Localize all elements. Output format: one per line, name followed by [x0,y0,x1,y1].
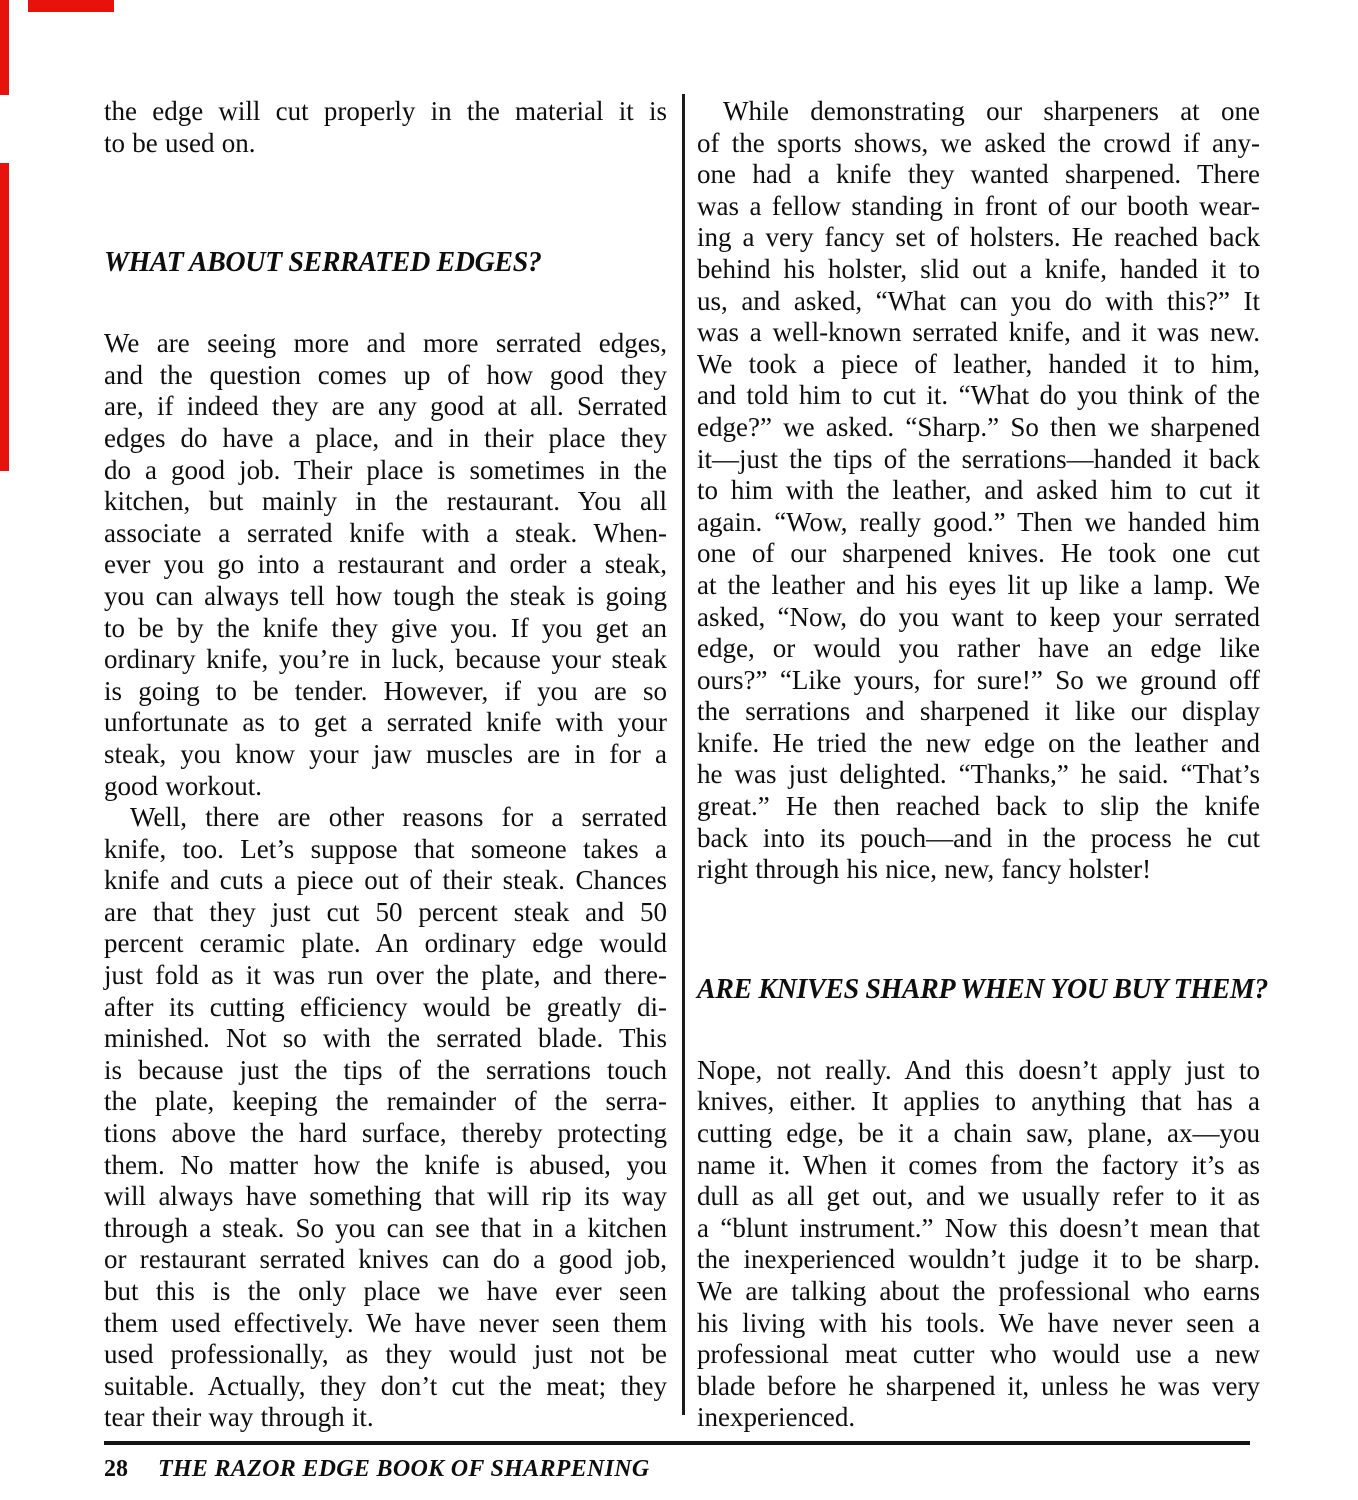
text-line: is going to be tender. However, if you a… [104,676,667,708]
section-heading: WHAT ABOUT SERRATED EDGES? [104,246,667,280]
text-line: are, if indeed they are any good at all.… [104,391,667,423]
text-line: and the question comes up of how good th… [104,360,667,392]
text-line: name it. When it comes from the factory … [697,1150,1260,1182]
text-line: he was just delighted. “Thanks,” he said… [697,759,1260,791]
text-line: at the leather and his eyes lit up like … [697,570,1260,602]
paragraph: Well, there are other reasons for a serr… [104,802,667,1434]
text-line: the edge will cut properly in the materi… [104,96,667,128]
text-line: asked, “Now, do you want to keep your se… [697,602,1260,634]
text-line: to be used on. [104,128,667,160]
text-line: knives, either. It applies to anything t… [697,1086,1260,1118]
text-line: back into its pouch—and in the process h… [697,823,1260,855]
text-line: them. No matter how the knife is abused,… [104,1150,667,1182]
text-line: to be by the knife they give you. If you… [104,613,667,645]
text-line: the plate, keeping the remainder of the … [104,1086,667,1118]
text-line: behind his holster, slid out a knife, ha… [697,254,1260,286]
text-line: suitable. Actually, they don’t cut the m… [104,1371,667,1403]
text-line: a “blunt instrument.” Now this doesn’t m… [697,1213,1260,1245]
text-line: Well, there are other reasons for a serr… [104,802,667,834]
text-line: ours?” “Like yours, for sure!” So we gro… [697,665,1260,697]
text-line: We are seeing more and more serrated edg… [104,328,667,360]
text-line: through a steak. So you can see that in … [104,1213,667,1245]
text-line: used professionally, as they would just … [104,1339,667,1371]
text-line: you can always tell how tough the steak … [104,581,667,613]
text-line: ordinary knife, you’re in luck, because … [104,644,667,676]
text-line: was a well-known serrated knife, and it … [697,317,1260,349]
text-line: great.” He then reached back to slip the… [697,791,1260,823]
text-line: steak, you know your jaw muscles are in … [104,739,667,771]
scan-artifact-left-strip-upper [0,0,9,95]
text-line: again. “Wow, really good.” Then we hande… [697,507,1260,539]
text-line: associate a serrated knife with a steak.… [104,518,667,550]
text-line: them used effectively. We have never see… [104,1308,667,1340]
text-line: dull as all get out, and we usually refe… [697,1181,1260,1213]
text-line: ever you go into a restaurant and order … [104,549,667,581]
text-line: will always have something that will rip… [104,1181,667,1213]
text-line: knife, too. Let’s suppose that someone t… [104,834,667,866]
text-line: edges do have a place, and in their plac… [104,423,667,455]
text-line: right through his nice, new, fancy holst… [697,854,1260,886]
page-footer: 28THE RAZOR EDGE BOOK OF SHARPENING [104,1456,650,1483]
text-line: is because just the tips of the serratio… [104,1055,667,1087]
right-column: While demonstrating our sharpeners at on… [697,96,1260,1434]
paragraph: While demonstrating our sharpeners at on… [697,96,1260,886]
text-line: Nope, not really. And this doesn’t apply… [697,1055,1260,1087]
page-number: 28 [104,1456,128,1482]
paragraph: Nope, not really. And this doesn’t apply… [697,1055,1260,1434]
paragraph: We are seeing more and more serrated edg… [104,328,667,802]
text-line: just fold as it was run over the plate, … [104,960,667,992]
text-line: knife and cuts a piece out of their stea… [104,865,667,897]
text-line: blade before he sharpened it, unless he … [697,1371,1260,1403]
footer-rule [104,1441,1250,1445]
text-line: good workout. [104,771,667,803]
text-line: do a good job. Their place is sometimes … [104,455,667,487]
text-line: ing a very fancy set of holsters. He rea… [697,222,1260,254]
text-line: edge?” we asked. “Sharp.” So then we sha… [697,412,1260,444]
text-line: edge, or would you rather have an edge l… [697,633,1260,665]
text-line: one of our sharpened knives. He took one… [697,538,1260,570]
text-line: but this is the only place we have ever … [104,1276,667,1308]
text-line: tear their way through it. [104,1402,667,1434]
book-page: the edge will cut properly in the materi… [0,0,1358,1500]
left-column: the edge will cut properly in the materi… [104,96,667,1434]
text-line: to him with the leather, and asked him t… [697,475,1260,507]
text-line: We took a piece of leather, handed it to… [697,349,1260,381]
text-line: us, and asked, “What can you do with thi… [697,286,1260,318]
text-line: tions above the hard surface, thereby pr… [104,1118,667,1150]
text-line: inexperienced. [697,1402,1260,1434]
text-line: of the sports shows, we asked the crowd … [697,128,1260,160]
text-line: percent ceramic plate. An ordinary edge … [104,928,667,960]
section-heading: ARE KNIVES SHARP WHEN YOU BUY THEM? [697,973,1260,1007]
text-line: minished. Not so with the serrated blade… [104,1023,667,1055]
text-line: cutting edge, be it a chain saw, plane, … [697,1118,1260,1150]
text-line: after its cutting efficiency would be gr… [104,992,667,1024]
scan-artifact-top-bar [28,0,114,12]
text-line: or restaurant serrated knives can do a g… [104,1244,667,1276]
text-line: it—just the tips of the serrations—hande… [697,444,1260,476]
text-line: professional meat cutter who would use a… [697,1339,1260,1371]
text-line: his living with his tools. We have never… [697,1308,1260,1340]
text-line: While demonstrating our sharpeners at on… [697,96,1260,128]
text-line: unfortunate as to get a serrated knife w… [104,707,667,739]
text-line: the serrations and sharpened it like our… [697,696,1260,728]
text-line: are that they just cut 50 percent steak … [104,897,667,929]
text-line: the inexperienced wouldn’t judge it to b… [697,1244,1260,1276]
running-book-title: THE RAZOR EDGE BOOK OF SHARPENING [158,1456,650,1482]
text-line: kitchen, but mainly in the restaurant. Y… [104,486,667,518]
column-divider-rule [682,94,685,1415]
text-line: one had a knife they wanted sharpened. T… [697,159,1260,191]
text-line: We are talking about the professional wh… [697,1276,1260,1308]
text-line: was a fellow standing in front of our bo… [697,191,1260,223]
paragraph: the edge will cut properly in the materi… [104,96,667,159]
text-line: knife. He tried the new edge on the leat… [697,728,1260,760]
text-line: and told him to cut it. “What do you thi… [697,380,1260,412]
scan-artifact-left-strip-lower [0,163,9,471]
